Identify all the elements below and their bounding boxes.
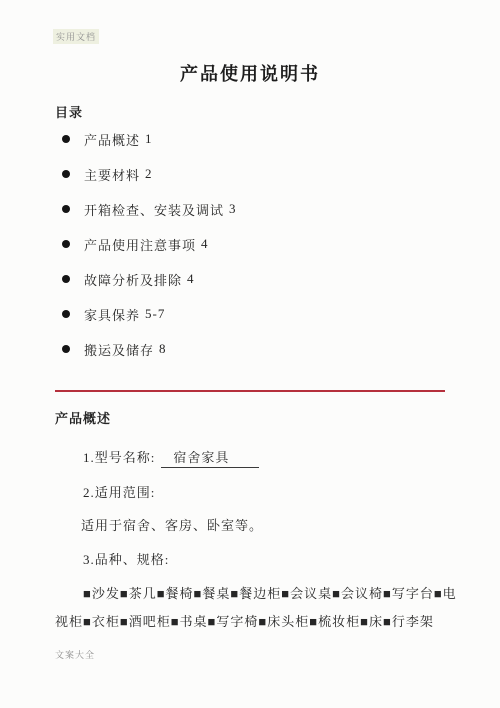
toc-item-page: 5-7 (145, 306, 165, 322)
model-name-value: 宿舍家具 (161, 447, 259, 468)
section-heading: 产品概述 (55, 408, 111, 427)
toc-item-label: 家具保养 (84, 305, 140, 324)
toc-item: 主要材料 2 (62, 166, 153, 182)
bullet-icon (62, 205, 70, 213)
toc-item: 开箱检查、安装及调试 3 (62, 201, 237, 217)
toc-item-label: 搬运及储存 (84, 340, 154, 359)
toc-item: 故障分析及排除 4 (62, 271, 195, 287)
model-name-line: 1.型号名称:宿舍家具 (83, 447, 259, 468)
bullet-icon (62, 275, 70, 283)
toc-item: 家具保养 5-7 (62, 306, 165, 322)
page-header-text: 实用文档 (53, 29, 99, 44)
scope-label-line: 2.适用范围: (83, 482, 155, 501)
bullet-icon (62, 345, 70, 353)
toc-item-label: 主要材料 (84, 165, 140, 184)
toc-item-label: 故障分析及排除 (84, 270, 182, 289)
variety-label-line: 3.品种、规格: (83, 549, 169, 568)
page-footer-text: 文案大全 (55, 648, 95, 661)
toc-item-page: 1 (145, 131, 153, 147)
document-page: 实用文档 产品使用说明书 目录 产品概述 1 主要材料 2 开箱检查、安装及调试… (0, 0, 500, 708)
toc-item-label: 产品概述 (84, 130, 140, 149)
toc-heading: 目录 (55, 102, 83, 121)
toc-item-label: 开箱检查、安装及调试 (84, 200, 224, 219)
products-line-1: ■沙发■茶几■餐椅■餐桌■餐边柜■会议桌■会议椅■写字台■电 (83, 583, 457, 602)
toc-item-page: 3 (229, 201, 237, 217)
toc-item-page: 4 (201, 236, 209, 252)
toc-item-page: 2 (145, 166, 153, 182)
document-title: 产品使用说明书 (0, 60, 500, 86)
scope-text-line: 适用于宿舍、客房、卧室等。 (81, 515, 263, 534)
products-line-2: 视柜■衣柜■酒吧柜■书桌■写字椅■床头柜■梳妆柜■床■行李架 (55, 611, 434, 630)
toc-item-page: 8 (159, 341, 167, 357)
model-name-prefix: 1.型号名称: (83, 450, 155, 465)
section-divider (55, 390, 445, 392)
toc-item: 搬运及储存 8 (62, 341, 167, 357)
bullet-icon (62, 240, 70, 248)
toc-item-label: 产品使用注意事项 (84, 235, 196, 254)
bullet-icon (62, 135, 70, 143)
toc-item: 产品概述 1 (62, 131, 153, 147)
bullet-icon (62, 170, 70, 178)
toc-item: 产品使用注意事项 4 (62, 236, 209, 252)
toc-item-page: 4 (187, 271, 195, 287)
bullet-icon (62, 310, 70, 318)
